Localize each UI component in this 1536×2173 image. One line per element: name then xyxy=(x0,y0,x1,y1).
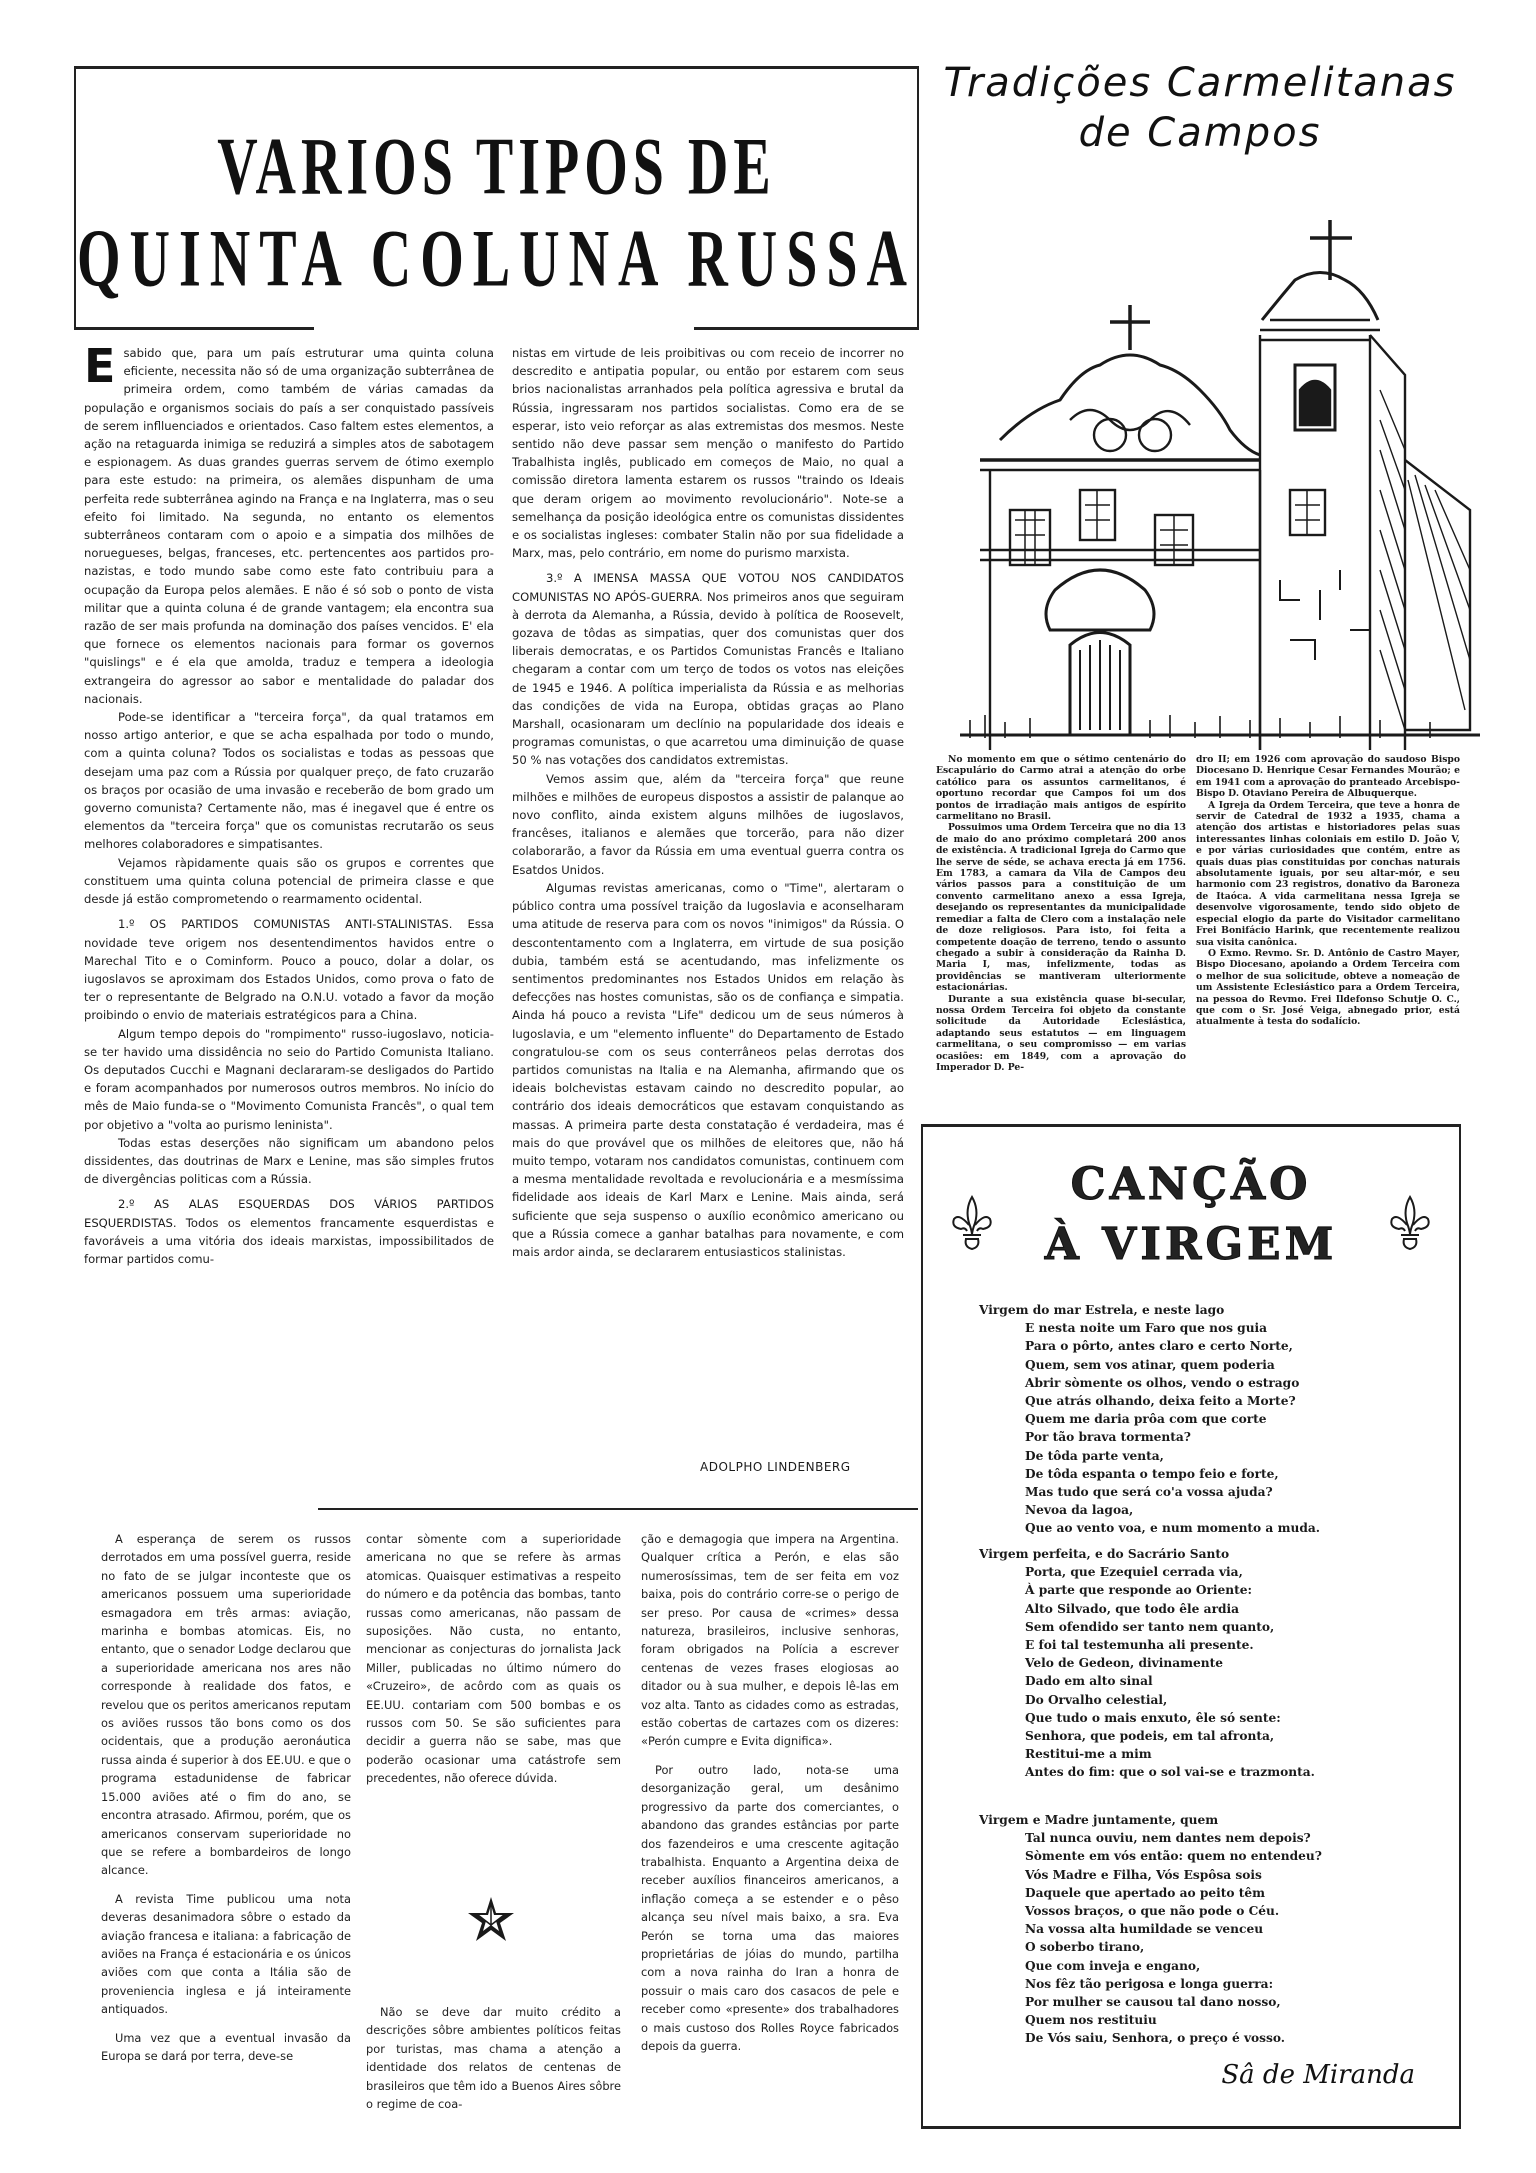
article-paragraph: Todas estas deserções não significam um … xyxy=(84,1134,494,1189)
bottom-column-2-continued: Não se deve dar muito crédito a descriçõ… xyxy=(366,2003,621,2123)
bottom-paragraph: Por outro lado, nota-se uma desorganizaç… xyxy=(641,1761,899,2056)
carmelite-paragraph: No momento em que o sétimo centenário do… xyxy=(936,754,1186,822)
carmelite-column-1: No momento em que o sétimo centenário do… xyxy=(936,754,1186,1073)
carmelite-paragraph: O Exmo. Revmo. Sr. D. Antônio de Castro … xyxy=(1196,948,1460,1028)
headline-box: VARIOS TIPOS DE QUINTA COLUNA RUSSA xyxy=(74,66,919,330)
carmelite-title: Tradições Carmelitanas de Campos xyxy=(920,58,1480,158)
article-paragraph: E sabido que, para um país estruturar um… xyxy=(84,344,494,708)
section-3-paragraph: 3.º A IMENSA MASSA QUE VOTOU NOS CANDIDA… xyxy=(512,569,904,769)
article-paragraph: Algum tempo depois do "rompimento" russo… xyxy=(84,1025,494,1134)
poem-stanza-1: Virgem do mar Estrela, e neste lago E ne… xyxy=(979,1301,1439,1538)
poem-author: Sâ de Miranda xyxy=(1221,2060,1415,2090)
article-paragraph: Pode-se identificar a "terceira força", … xyxy=(84,708,494,854)
bottom-paragraph: A revista Time publicou uma nota deveras… xyxy=(101,1890,351,2019)
article-paragraph: Vejamos ràpidamente quais são os grupos … xyxy=(84,854,494,909)
bottom-paragraph: A esperança de serem os russos derrotado… xyxy=(101,1530,351,1880)
horizontal-rule xyxy=(318,1508,918,1510)
drop-cap: E xyxy=(84,348,115,384)
section-2-paragraph: 2.º AS ALAS ESQUERDAS DOS VÁRIOS PARTIDO… xyxy=(84,1195,494,1268)
poem-stanza-2: Virgem perfeita, e do Sacrário Santo Por… xyxy=(979,1545,1439,1782)
carmelite-paragraph: Possuimos uma Ordem Terceira que no dia … xyxy=(936,822,1186,993)
bottom-column-3: ção e demagogia que impera na Argentina.… xyxy=(641,1530,899,2065)
poem-box: CANÇÃO À VIRGEM Virgem do mar Estrela, e… xyxy=(921,1124,1461,2129)
carmelite-paragraph: A Igreja da Ordem Terceira, que teve a h… xyxy=(1196,800,1460,948)
poem-title-line-2: À VIRGEM xyxy=(923,1219,1459,1270)
carmelite-paragraph: Durante a sua existência quase bi-secula… xyxy=(936,994,1186,1074)
carmelite-column-2: dro II; em 1926 com aprovação do saudoso… xyxy=(1196,754,1460,1028)
article-column-2: nistas em virtude de leis proibitivas ou… xyxy=(512,344,904,1261)
article-author: ADOLPHO LINDENBERG xyxy=(700,1458,851,1476)
article-paragraph: Algumas revistas americanas, como o "Tim… xyxy=(512,879,904,1261)
article-column-1: E sabido que, para um país estruturar um… xyxy=(84,344,494,1268)
box-rule-left xyxy=(74,327,314,330)
church-illustration xyxy=(960,190,1480,750)
box-rule-right xyxy=(694,327,919,330)
star-icon xyxy=(466,1895,516,1943)
bottom-paragraph: Não se deve dar muito crédito a descriçõ… xyxy=(366,2003,621,2113)
poem-title-line-1: CANÇÃO xyxy=(923,1159,1459,1210)
carmelite-paragraph: dro II; em 1926 com aprovação do saudoso… xyxy=(1196,754,1460,800)
section-1-paragraph: 1.º OS PARTIDOS COMUNISTAS ANTI-STALINIS… xyxy=(84,915,494,1024)
article-paragraph: Vemos assim que, além da "terceira força… xyxy=(512,770,904,879)
article-paragraph: nistas em virtude de leis proibitivas ou… xyxy=(512,344,904,562)
bottom-paragraph: ção e demagogia que impera na Argentina.… xyxy=(641,1530,899,1751)
bottom-paragraph: contar sòmente com a superioridade ameri… xyxy=(366,1530,621,1788)
poem-stanza-3: Virgem e Madre juntamente, quem Tal nunc… xyxy=(979,1811,1439,2048)
bottom-column-1: A esperança de serem os russos derrotado… xyxy=(101,1530,351,2075)
headline-line-1: VARIOS TIPOS DE xyxy=(76,121,917,214)
headline-line-2: QUINTA COLUNA RUSSA xyxy=(76,213,917,306)
bottom-column-2: contar sòmente com a superioridade ameri… xyxy=(366,1530,621,1798)
bottom-paragraph: Uma vez que a eventual invasão da Europa… xyxy=(101,2029,351,2066)
